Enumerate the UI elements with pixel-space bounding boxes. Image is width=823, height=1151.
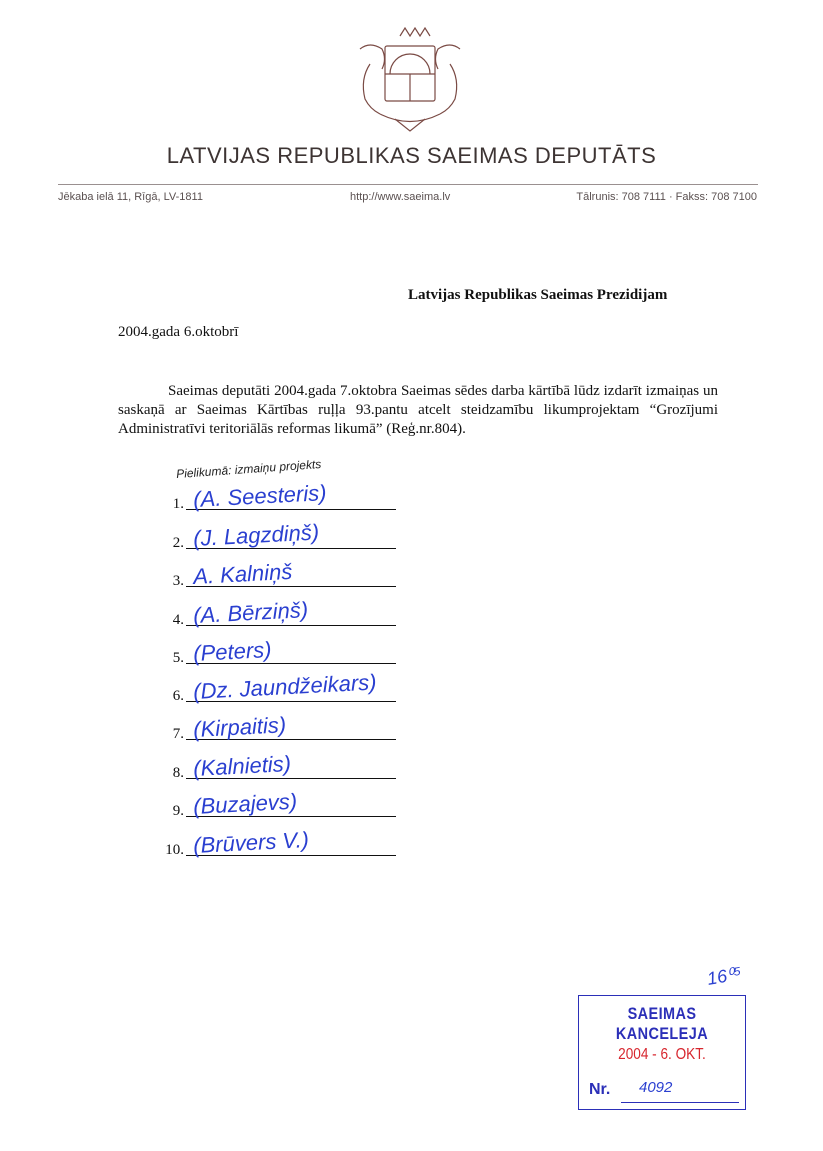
letterhead-divider [58,184,758,185]
signature-ink: (Kalnietis) [193,751,292,782]
recipient: Latvijas Republikas Saeimas Prezidijam [408,287,667,304]
signature-row: 10.(Brūvers V.) [160,842,184,859]
signature-ink: (Kirpaitis) [193,712,287,743]
letter-body: Saeimas deputāti 2004.gada 7.oktobra Sae… [118,382,718,439]
signature-row: 2.(J. Lagzdiņš) [160,535,184,552]
letterhead-title: LATVIJAS REPUBLIKAS SAEIMAS DEPUTĀTS [0,143,823,169]
signature-ink: (Peters) [193,637,273,667]
signature-number: 9. [160,803,184,820]
signature-row: 3.A. Kalniņš [160,573,184,590]
stamp-title: SAEIMAS KANCELEJA [591,1004,732,1044]
signature-ink: A. Kalniņš [193,559,293,590]
stamp-date: 2004 - 6. OKT. [591,1046,732,1064]
signature-ink: (Buzajevs) [193,789,298,820]
signature-row: 4.(A. Bērziņš) [160,612,184,629]
registry-stamp: SAEIMAS KANCELEJA 2004 - 6. OKT. Nr. 409… [578,995,746,1110]
coat-of-arms-icon [340,24,480,134]
letter-date: 2004.gada 6.oktobrī [118,324,238,341]
signature-ink: (Dz. Jaundžeikars) [193,669,378,705]
signature-number: 3. [160,573,184,590]
signature-row: 1.(A. Seesteris) [160,496,184,513]
signature-number: 8. [160,765,184,782]
signature-number: 7. [160,726,184,743]
signature-number: 2. [160,535,184,552]
signature-number: 4. [160,612,184,629]
signature-row: 9.(Buzajevs) [160,803,184,820]
letterhead-address: Jēkaba ielā 11, Rīgā, LV-1811 [58,191,203,203]
signature-row: 6.(Dz. Jaundžeikars) [160,688,184,705]
signature-number: 1. [160,496,184,513]
signature-number: 5. [160,650,184,667]
signature-number: 10. [160,842,184,859]
signature-row: 5.(Peters) [160,650,184,667]
signature-row: 7.(Kirpaitis) [160,726,184,743]
attachment-note: Pielikumā: izmaiņu projekts [176,457,322,481]
handwritten-time: 16⁰⁵ [705,963,743,990]
stamp-nr-label: Nr. [589,1081,610,1099]
letterhead-website[interactable]: http://www.saeima.lv [350,191,450,203]
signature-number: 6. [160,688,184,705]
letterhead-phone-fax: Tālrunis: 708 7111 · Fakss: 708 7100 [576,191,757,203]
stamp-nr-value: 4092 [639,1079,672,1096]
signature-row: 8.(Kalnietis) [160,765,184,782]
stamp-nr-line [621,1102,739,1103]
